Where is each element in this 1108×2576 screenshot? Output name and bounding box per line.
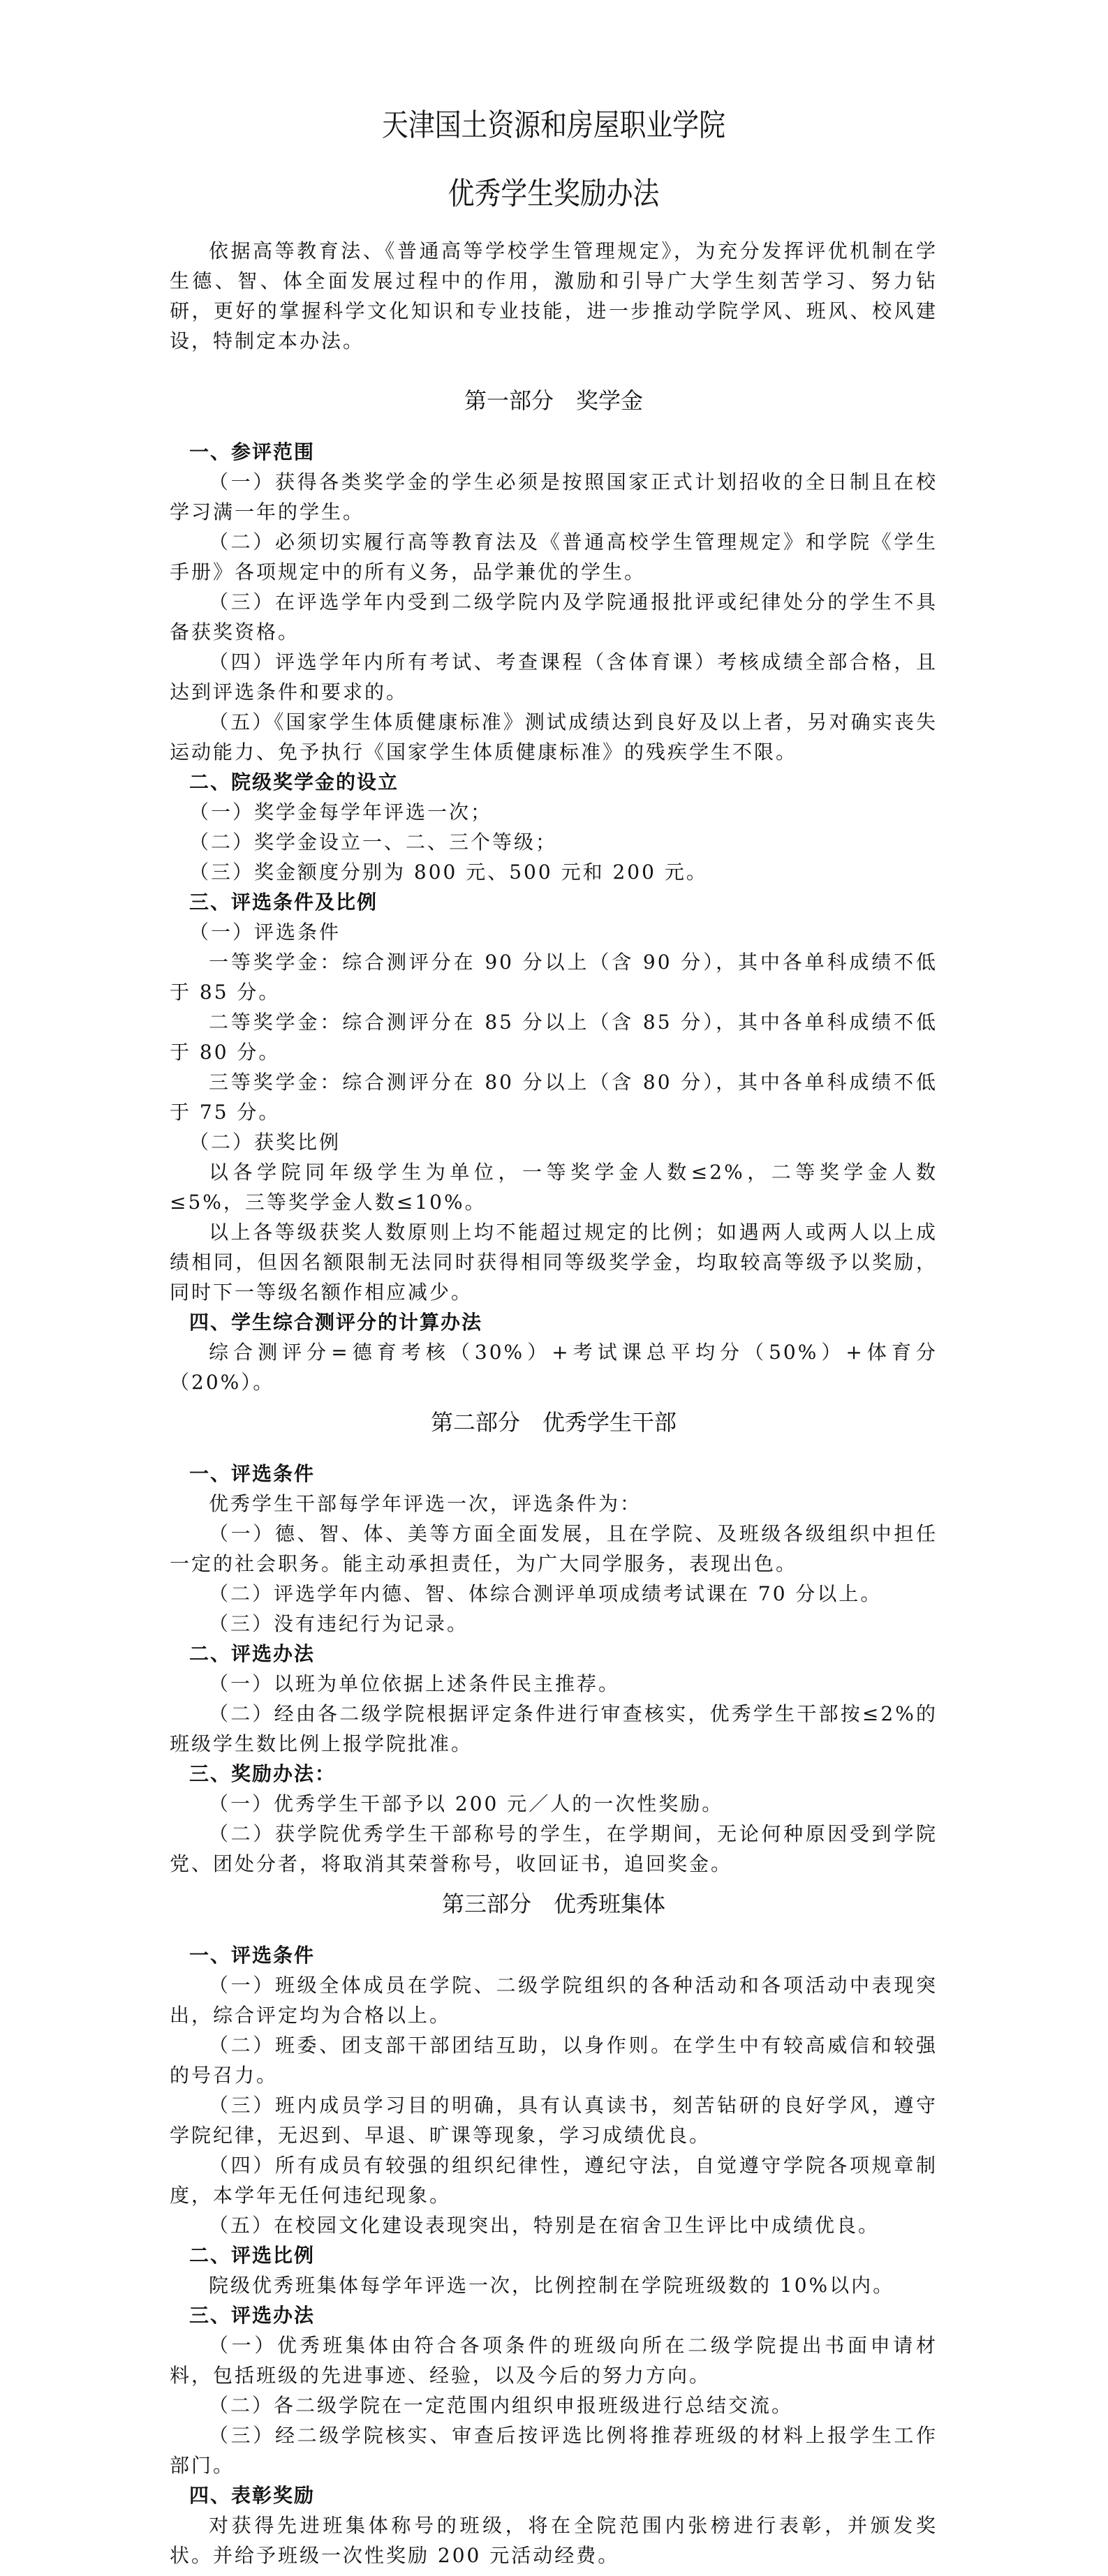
part1-s2-item: （二）奖学金设立一、二、三个等级； [170,827,938,857]
document-title: 优秀学生奖励办法 [223,173,884,215]
part1-s3-subheading: （二）获奖比例 [170,1127,938,1157]
part2-s3-item: （二）获学院优秀学生干部称号的学生，在学期间，无论何种原因受到学院党、团处分者，… [170,1819,938,1879]
part1-s1-item: （二）必须切实履行高等教育法及《普通高校学生管理规定》和学院《学生手册》各项规定… [170,527,938,587]
part3-s1-item: （四）所有成员有较强的组织纪律性，遵纪守法，自觉遵守学院各项规章制度，本学年无任… [170,2150,938,2210]
part1-s3-heading: 三、评选条件及比例 [170,887,938,917]
part2-s1-lead: 优秀学生干部每学年评选一次，评选条件为： [170,1489,938,1519]
part2-s3-heading: 三、奖励办法： [170,1759,938,1789]
part1-s1-item: （三）在评选学年内受到二级学院内及学院通报批评或纪律处分的学生不具备获奖资格。 [170,587,938,647]
part1-s1-item: （四）评选学年内所有考试、考查课程（含体育课）考核成绩全部合格，且达到评选条件和… [170,647,938,707]
part2-s2-heading: 二、评选办法 [170,1639,938,1669]
part3-section: 一、评选条件 （一）班级全体成员在学院、二级学院组织的各种活动和各项活动中表现突… [170,1940,938,2570]
condition-first-class: 一等奖学金：综合测评分在 90 分以上（含 90 分），其中各单科成绩不低于 8… [170,947,938,1007]
part2-s1-heading: 一、评选条件 [170,1459,938,1489]
part1-s1-item: （一）获得各类奖学金的学生必须是按照国家正式计划招收的全日制且在校学习满一年的学… [170,467,938,527]
institution-title: 天津国土资源和房屋职业学院 [223,105,884,147]
part1-s2-item: （三）奖金额度分别为 800 元、500 元和 200 元。 [170,857,938,887]
part2-title: 第二部分 优秀学生干部 [170,1407,938,1438]
part2-s1-item: （一）德、智、体、美等方面全面发展，且在学院、及班级各级组织中担任一定的社会职务… [170,1519,938,1579]
part1-section: 一、参评范围 （一）获得各类奖学金的学生必须是按照国家正式计划招收的全日制且在校… [170,437,938,1397]
part2-section: 一、评选条件 优秀学生干部每学年评选一次，评选条件为： （一）德、智、体、美等方… [170,1459,938,1879]
part3-s3-item: （三）经二级学院核实、审查后按评选比例将推荐班级的材料上报学生工作部门。 [170,2420,938,2480]
part2-s3-item: （一）优秀学生干部予以 200 元／人的一次性奖励。 [170,1789,938,1819]
part3-s4-text: 对获得先进班集体称号的班级，将在全院范围内张榜进行表彰，并颁发奖状。并给予班级一… [170,2510,938,2570]
part3-title: 第三部分 优秀班集体 [170,1889,938,1919]
part3-s1-item: （三）班内成员学习目的明确，具有认真读书，刻苦钻研的良好学风，遵守学院纪律，无迟… [170,2090,938,2150]
intro-paragraph: 依据高等教育法、《普通高等学校学生管理规定》，为充分发挥评优机制在学生德、智、体… [170,236,938,356]
part3-s2-heading: 二、评选比例 [170,2240,938,2270]
condition-second-class: 二等奖学金：综合测评分在 85 分以上（含 85 分），其中各单科成绩不低于 8… [170,1007,938,1067]
award-ratio-note: 以上各等级获奖人数原则上均不能超过规定的比例；如遇两人或两人以上成绩相同，但因名… [170,1217,938,1307]
part1-s2-item: （一）奖学金每学年评选一次； [170,797,938,827]
condition-third-class: 三等奖学金：综合测评分在 80 分以上（含 80 分），其中各单科成绩不低于 7… [170,1067,938,1127]
part3-s1-item: （二）班委、团支部干部团结互助，以身作则。在学生中有较高威信和较强的号召力。 [170,2030,938,2090]
part1-s1-heading: 一、参评范围 [170,437,938,467]
part2-s1-item: （三）没有违纪行为记录。 [170,1609,938,1639]
part3-s4-heading: 四、表彰奖励 [170,2480,938,2510]
score-formula: 综合测评分=德育考核（30%）+考试课总平均分（50%）+体育分（20%）。 [170,1337,938,1397]
document-body: 天津国土资源和房屋职业学院 优秀学生奖励办法 依据高等教育法、《普通高等学校学生… [170,105,938,2570]
part1-s1-item: （五）《国家学生体质健康标准》测试成绩达到良好及以上者，另对确实丧失运动能力、免… [170,707,938,767]
part2-s2-item: （二）经由各二级学院根据评定条件进行审查核实，优秀学生干部按≤2%的班级学生数比… [170,1699,938,1759]
part2-s2-item: （一）以班为单位依据上述条件民主推荐。 [170,1669,938,1699]
part3-s2-text: 院级优秀班集体每学年评选一次，比例控制在学院班级数的 10%以内。 [170,2270,938,2300]
part3-s1-heading: 一、评选条件 [170,1940,938,1970]
part3-s3-item: （一）优秀班集体由符合各项条件的班级向所在二级学院提出书面申请材料，包括班级的先… [170,2330,938,2390]
part1-title: 第一部分 奖学金 [170,385,938,416]
part1-s4-heading: 四、学生综合测评分的计算办法 [170,1307,938,1337]
part3-s1-item: （五）在校园文化建设表现突出，特别是在宿舍卫生评比中成绩优良。 [170,2210,938,2240]
part1-s3-subheading: （一）评选条件 [170,917,938,947]
part2-s1-item: （二）评选学年内德、智、体综合测评单项成绩考试课在 70 分以上。 [170,1579,938,1609]
part3-s3-item: （二）各二级学院在一定范围内组织申报班级进行总结交流。 [170,2390,938,2420]
part3-s1-item: （一）班级全体成员在学院、二级学院组织的各种活动和各项活动中表现突出，综合评定均… [170,1970,938,2030]
part3-s3-heading: 三、评选办法 [170,2300,938,2330]
award-ratio: 以各学院同年级学生为单位，一等奖学金人数≤2%，二等奖学金人数≤5%，三等奖学金… [170,1157,938,1217]
part1-s2-heading: 二、院级奖学金的设立 [170,767,938,797]
document-page: 天津国土资源和房屋职业学院 优秀学生奖励办法 依据高等教育法、《普通高等学校学生… [0,0,1108,2576]
